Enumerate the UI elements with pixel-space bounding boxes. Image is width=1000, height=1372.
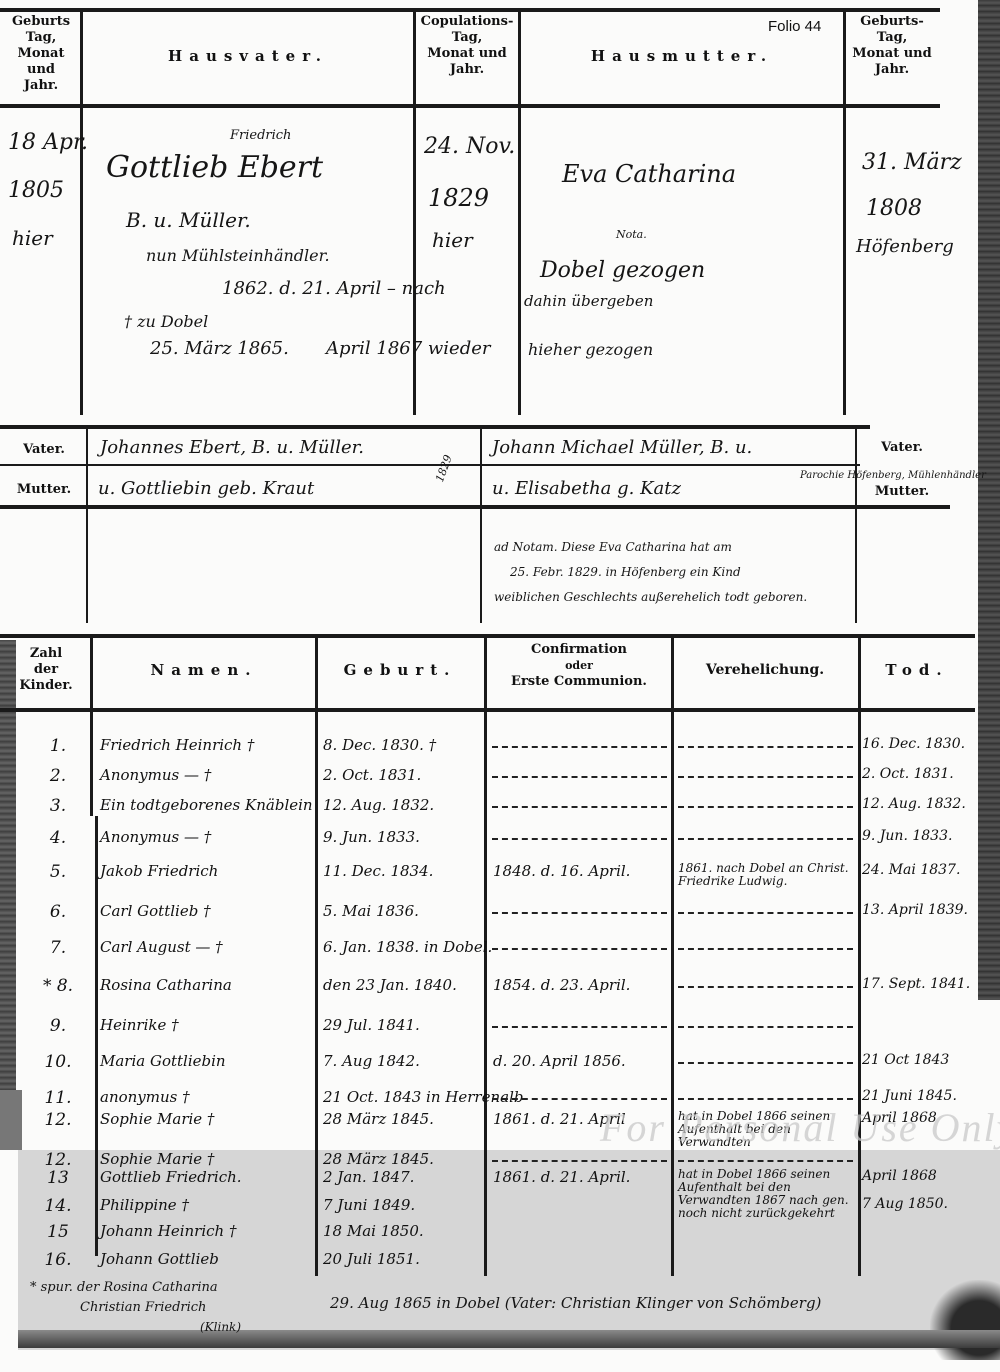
child-no: 1. [38, 736, 78, 756]
child-marriage [678, 1160, 853, 1162]
child-marriage [678, 1026, 853, 1028]
child-no: 2. [38, 766, 78, 786]
header-line: der [4, 662, 88, 678]
child-death: 2. Oct. 1831. [862, 766, 954, 782]
nota-line-1: ad Notam. Diese Eva Catharina hat am [494, 540, 732, 554]
column-divider [855, 428, 857, 623]
label-mother: Mutter. [4, 482, 84, 498]
child-name: Carl August — † [100, 938, 223, 956]
child-birth: den 23 Jan. 1840. [323, 976, 457, 994]
rule [0, 8, 940, 12]
label-father: Vater. [4, 442, 84, 458]
column-divider [480, 428, 482, 623]
child-birth: 2. Oct. 1831. [323, 766, 421, 784]
scan-patch [0, 1090, 22, 1150]
footnote-left-2: Christian Friedrich [80, 1300, 206, 1315]
child-birth: 7 Juni 1849. [323, 1196, 415, 1214]
rule [0, 425, 870, 429]
child-name: Sophie Marie † [100, 1150, 214, 1168]
header-line: Tag, [416, 30, 518, 46]
child-birth: 21 Oct. 1843 in Herrenalb [323, 1088, 523, 1106]
marriage-day: 24. Nov. [424, 134, 515, 159]
child-name: Sophie Marie † [100, 1110, 214, 1128]
child-no: 16. [38, 1250, 78, 1270]
child-name: Johann Gottlieb [100, 1250, 219, 1268]
child-name: Maria Gottliebin [100, 1052, 226, 1070]
header-marriage: Copulations- Tag, Monat und Jahr. [416, 14, 518, 78]
child-confirmation [492, 806, 667, 808]
child-name: Heinrike † [100, 1016, 179, 1034]
page-edge [18, 1330, 1000, 1348]
child-death: April 1868 [862, 1168, 937, 1184]
child-no: 5. [38, 862, 78, 882]
header-line: Tag, [846, 30, 938, 46]
register-page: Folio 44 Geburts Tag, Monat und Jahr. Ha… [0, 0, 1000, 1372]
child-confirmation [492, 776, 667, 778]
column-divider [671, 636, 674, 1276]
child-death: 12. Aug. 1832. [862, 796, 966, 812]
header-line: Confirmation [488, 642, 670, 658]
nota-line-2: 25. Febr. 1829. in Höfenberg ein Kind [510, 565, 741, 579]
child-name: Rosina Catharina [100, 976, 232, 994]
column-divider [315, 636, 318, 1276]
wife-parents-note: Parochie Höfenberg, Mühlenhändler [800, 470, 986, 481]
header-line: Copulations- [416, 14, 518, 30]
child-death: 21 Oct 1843 [862, 1052, 949, 1068]
wife-birth-year: 1808 [866, 196, 922, 221]
header-line: Monat und [416, 46, 518, 62]
header-line: Geburts [2, 14, 80, 30]
header-line: Zahl [4, 646, 88, 662]
child-name: Carl Gottlieb † [100, 902, 211, 920]
husband-name: Gottlieb Ebert [106, 150, 323, 185]
child-birth: 2 Jan. 1847. [323, 1168, 414, 1186]
header-line: Monat und [846, 46, 938, 62]
husband-parents-note: 1829 [433, 453, 455, 484]
husband-death-date: 25. März 1865. [150, 338, 289, 359]
header-child-death: Tod. [862, 662, 972, 678]
rule [0, 104, 940, 108]
child-marriage [678, 1062, 853, 1064]
husband-death-place: † zu Dobel [124, 312, 208, 331]
footnote-left-3: (Klink) [200, 1320, 241, 1334]
child-name: Johann Heinrich † [100, 1222, 236, 1240]
child-no: 12. [38, 1150, 78, 1170]
column-divider [86, 428, 88, 623]
child-death: 24. Mai 1837. [862, 862, 960, 878]
rule [0, 505, 950, 509]
child-confirmation: 1854. d. 23. April. [493, 976, 630, 994]
right-label-mother: Mutter. [860, 484, 944, 500]
child-birth: 29 Jul. 1841. [323, 1016, 420, 1034]
child-no: 3. [38, 796, 78, 816]
header-child-number: Zahl der Kinder. [4, 646, 88, 694]
child-no: * 8. [38, 976, 78, 996]
child-marriage [678, 912, 853, 914]
child-birth: 20 Juli 1851. [323, 1250, 420, 1268]
wife-birth-day: 31. März [862, 150, 962, 175]
child-confirmation [492, 948, 667, 950]
column-divider [484, 636, 487, 1276]
header-line: Jahr. [416, 62, 518, 78]
child-confirmation [492, 912, 667, 914]
child-no: 11. [38, 1088, 78, 1108]
child-marriage [678, 948, 853, 950]
child-name: Ein todtgeborenes Knäblein [100, 796, 313, 814]
child-marriage: 1861. nach Dobel an Christ. Friedrike Lu… [678, 862, 853, 888]
husband-mother: u. Gottliebin geb. Kraut [98, 478, 314, 499]
header-child-marriage: Verehelichung. [674, 662, 856, 678]
child-no: 9. [38, 1016, 78, 1036]
child-name: Anonymus — † [100, 828, 211, 846]
child-name: Friedrich Heinrich † [100, 736, 254, 754]
child-birth: 5. Mai 1836. [323, 902, 419, 920]
child-no: 4. [38, 828, 78, 848]
header-wife: Hausmutter. [522, 48, 842, 64]
child-death: 17. Sept. 1841. [862, 976, 970, 992]
wife-note-2: dahin übergeben [524, 292, 653, 310]
wife-name: Eva Catharina [562, 160, 736, 188]
child-confirmation: 1861. d. 21. April. [493, 1168, 630, 1186]
child-marriage: hat in Dobel 1866 seinen Aufenthalt bei … [678, 1168, 853, 1220]
child-no: 6. [38, 902, 78, 922]
child-no: 10. [38, 1052, 78, 1072]
child-no: 7. [38, 938, 78, 958]
wife-mother: u. Elisabetha g. Katz [492, 478, 681, 499]
marriage-place: hier [432, 228, 473, 252]
child-marriage [678, 746, 853, 748]
watermark: For Personal Use Only [600, 1104, 1000, 1151]
child-death: 21 Juni 1845. [862, 1088, 957, 1104]
column-divider [90, 636, 93, 816]
child-marriage [678, 806, 853, 808]
header-birth-husband: Geburts Tag, Monat und Jahr. [2, 14, 80, 94]
header-line: Tag, [2, 30, 80, 46]
wife-note-3: hieher gezogen [528, 340, 653, 359]
column-divider [80, 10, 83, 415]
child-name: anonymus † [100, 1088, 190, 1106]
child-birth: 28 März 1845. [323, 1110, 434, 1128]
child-death: 16. Dec. 1830. [862, 736, 965, 752]
child-confirmation [492, 838, 667, 840]
header-child-name: Namen. [95, 662, 313, 678]
husband-occupation-later: nun Mühlsteinhändler. [146, 246, 330, 265]
child-birth: 6. Jan. 1838. in Dobel. [323, 938, 492, 956]
wife-note: Dobel gezogen [540, 258, 705, 283]
child-name: Gottlieb Friedrich. [100, 1168, 242, 1186]
rule [0, 634, 975, 638]
husband-name-added: Friedrich [230, 128, 291, 143]
footnote-right: 29. Aug 1865 in Dobel (Vater: Christian … [330, 1294, 821, 1312]
husband-birth-year: 1805 [8, 178, 64, 203]
child-marriage [678, 986, 853, 988]
child-confirmation [492, 1026, 667, 1028]
header-husband: Hausvater. [84, 48, 412, 64]
child-marriage [678, 1098, 853, 1100]
child-confirmation: d. 20. April 1856. [493, 1052, 626, 1070]
marriage-year: 1829 [428, 184, 489, 212]
column-divider [95, 816, 98, 1256]
child-name: Anonymus — † [100, 766, 211, 784]
husband-note: 1862. d. 21. April – nach [222, 278, 446, 299]
husband-note-2: April 1867 wieder [326, 338, 491, 359]
child-no: 15 [38, 1222, 78, 1242]
child-confirmation [492, 1098, 667, 1100]
child-birth: 18 Mai 1850. [323, 1222, 424, 1240]
right-label-father: Vater. [860, 440, 944, 456]
child-death: 9. Jun. 1833. [862, 828, 952, 844]
folio-number: Folio 44 [768, 18, 821, 35]
child-birth: 7. Aug 1842. [323, 1052, 420, 1070]
child-birth: 28 März 1845. [323, 1150, 434, 1168]
child-no: 12. [38, 1110, 78, 1130]
column-divider [518, 10, 521, 415]
header-line: Monat und [2, 46, 80, 78]
wife-birth-place: Höfenberg [856, 236, 954, 257]
husband-father: Johannes Ebert, B. u. Müller. [100, 437, 364, 458]
header-line: oder [488, 658, 670, 674]
husband-birth-day: 18 Apr. [8, 130, 88, 155]
child-no: 13 [38, 1168, 78, 1188]
child-confirmation [492, 1160, 667, 1162]
header-line: Jahr. [846, 62, 938, 78]
nota-line-3: weiblichen Geschlechts außerehelich todt… [494, 590, 807, 604]
rule [0, 464, 860, 466]
column-divider [858, 636, 861, 1276]
header-line: Kinder. [4, 678, 88, 694]
child-birth: 9. Jun. 1833. [323, 828, 420, 846]
page-shadow [930, 1280, 1000, 1360]
child-name: Philippine † [100, 1196, 189, 1214]
wife-father: Johann Michael Müller, B. u. [492, 437, 752, 458]
child-birth: 8. Dec. 1830. † [323, 736, 436, 754]
header-child-birth: Geburt. [318, 662, 482, 678]
book-binding [978, 0, 1000, 1000]
child-birth: 12. Aug. 1832. [323, 796, 434, 814]
child-confirmation [492, 746, 667, 748]
child-marriage [678, 838, 853, 840]
header-birth-wife: Geburts- Tag, Monat und Jahr. [846, 14, 938, 78]
child-confirmation: 1848. d. 16. April. [493, 862, 630, 880]
child-name: Jakob Friedrich [100, 862, 218, 880]
child-marriage [678, 776, 853, 778]
child-death: 7 Aug 1850. [862, 1196, 948, 1212]
header-child-confirmation: Confirmation oder Erste Communion. [488, 642, 670, 690]
footnote-left-1: * spur. der Rosina Catharina [30, 1280, 218, 1295]
rule [0, 708, 975, 712]
child-no: 14. [38, 1196, 78, 1216]
wife-nota-mark: Nota. [616, 228, 647, 241]
header-line: Erste Communion. [488, 674, 670, 690]
husband-birth-place: hier [12, 226, 53, 250]
husband-occupation: B. u. Müller. [126, 208, 251, 232]
header-line: Geburts- [846, 14, 938, 30]
header-line: Jahr. [2, 78, 80, 94]
child-death: 13. April 1839. [862, 902, 968, 918]
child-birth: 11. Dec. 1834. [323, 862, 433, 880]
